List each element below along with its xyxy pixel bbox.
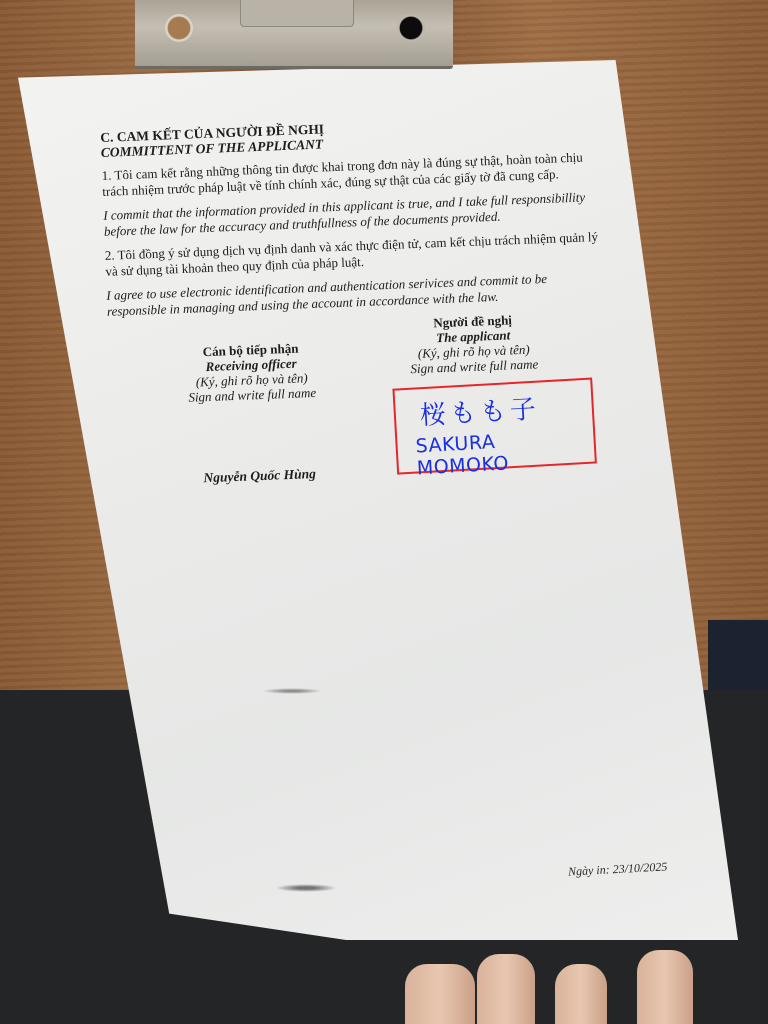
signature-japanese: 桜もも子 bbox=[419, 389, 541, 433]
signature-section: Cán bộ tiếp nhận Receiving officer (Ký, … bbox=[108, 309, 614, 498]
signature-romaji: SAKURA MOMOKO bbox=[415, 426, 595, 480]
receiving-officer-block: Cán bộ tiếp nhận Receiving officer (Ký, … bbox=[160, 339, 342, 406]
document-body: C. CAM KẾT CỦA NGƯỜI ĐỀ NGHỊ COMMITTENT … bbox=[100, 111, 614, 498]
clip-hole-icon bbox=[397, 14, 425, 42]
officer-name: Nguyễn Quốc Hùng bbox=[203, 466, 316, 486]
clip-hole-icon bbox=[165, 14, 193, 42]
ink-smudge bbox=[275, 884, 337, 892]
ink-smudge bbox=[262, 688, 322, 694]
clipboard-clip bbox=[135, 0, 453, 69]
hand-fingers bbox=[405, 950, 705, 1024]
clip-bar bbox=[240, 0, 354, 27]
applicant-signature-box: 桜もも子 SAKURA MOMOKO bbox=[392, 378, 596, 475]
applicant-block: Người đề nghị The applicant (Ký, ghi rõ … bbox=[382, 310, 564, 377]
